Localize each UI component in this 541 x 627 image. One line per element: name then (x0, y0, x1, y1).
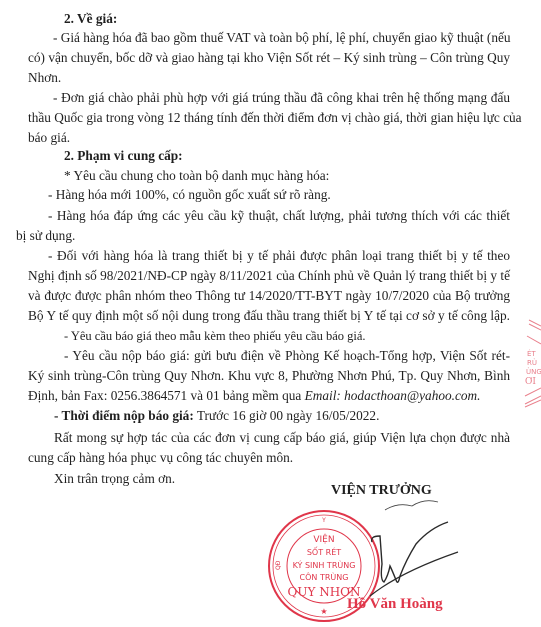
closing-line1: Rất mong sự hợp tác của các đơn vị cung … (54, 430, 510, 446)
deadline-line: - Thời điểm nộp báo giá: Trước 16 giờ 00… (54, 408, 379, 424)
scope-item5-line3-text: Định, bản Fax: 0256.3864571 và 01 bảng m… (28, 388, 305, 403)
svg-text:Y: Y (321, 517, 326, 524)
price-para2-line1: - Đơn giá chào phải phù hợp với giá trún… (53, 90, 510, 106)
scope-item3-line2: Nghị định số 98/2021/NĐ-CP ngày 8/11/202… (28, 268, 510, 284)
scope-item5-line3: Định, bản Fax: 0256.3864571 và 01 bảng m… (28, 388, 480, 404)
scope-item2-line2: bị sử dụng. (16, 228, 75, 244)
signature-icon (340, 492, 460, 607)
thanks-line: Xin trân trọng cảm ơn. (54, 471, 175, 487)
svg-text:VIỆN: VIỆN (313, 533, 334, 545)
price-para2-line2: thầu Quốc gia trong vòng 12 tháng tính đ… (28, 110, 510, 126)
scope-heading: 2. Phạm vi cung cấp: (64, 148, 183, 164)
svg-text:QĐ: QĐ (275, 560, 282, 570)
scope-item3-line1: - Đối với hàng hóa là trang thiết bị y t… (48, 248, 510, 264)
price-para1-line3: Nhơn. (28, 70, 61, 86)
svg-text:ÙNG: ÙNG (526, 367, 541, 376)
svg-text:ƠI: ƠI (525, 377, 536, 387)
price-para2-line3: báo giá. (28, 130, 70, 146)
svg-text:SỐT RÉT: SỐT RÉT (307, 545, 341, 557)
scope-item5-line2: Ký sinh trùng-Côn trùng Quy Nhơn. Khu vự… (28, 368, 510, 384)
closing-line2: cung cấp hàng hóa phục vụ công tác chuyê… (28, 450, 293, 466)
price-para1-line1: - Giá hàng hóa đã bao gồm thuế VAT và to… (53, 30, 510, 46)
email-link[interactable]: Email: hodacthoan@yahoo.com. (305, 388, 481, 403)
scope-item1: - Hàng hóa mới 100%, có nguồn gốc xuất s… (48, 187, 331, 203)
deadline-value: Trước 16 giờ 00 ngày 16/05/2022. (194, 408, 380, 423)
deadline-label: - Thời điểm nộp báo giá: (54, 408, 194, 423)
signer-name: Hồ Văn Hoàng (347, 596, 443, 613)
scope-item3-line4: Bộ Y tế quy định một số nội dung trong đ… (28, 308, 510, 324)
svg-text:★: ★ (320, 607, 327, 616)
scope-general: * Yêu cầu chung cho toàn bộ danh mục hàn… (64, 168, 329, 184)
scope-item4: - Yêu cầu báo giá theo mẫu kèm theo phiế… (64, 328, 366, 344)
price-para1-line2: có) vận chuyển, bốc dỡ và giao hàng tại … (28, 50, 510, 66)
partial-stamp-icon: ÉT RÙ ÙNG ƠI (521, 318, 541, 408)
svg-text:ÉT: ÉT (527, 349, 536, 358)
price-heading: 2. Về giá: (64, 11, 117, 27)
scope-item2-line1: - Hàng hóa đáp ứng các yêu cầu kỹ thuật,… (48, 208, 510, 224)
document-page: 2. Về giá: - Giá hàng hóa đã bao gồm thu… (0, 0, 541, 627)
scope-item3-line3: và được được phân nhóm theo Thông tư 14/… (28, 288, 510, 304)
scope-item5-line1: - Yêu cầu nộp báo giá: gửi bưu điện về P… (64, 348, 510, 364)
svg-text:RÙ: RÙ (527, 358, 537, 367)
